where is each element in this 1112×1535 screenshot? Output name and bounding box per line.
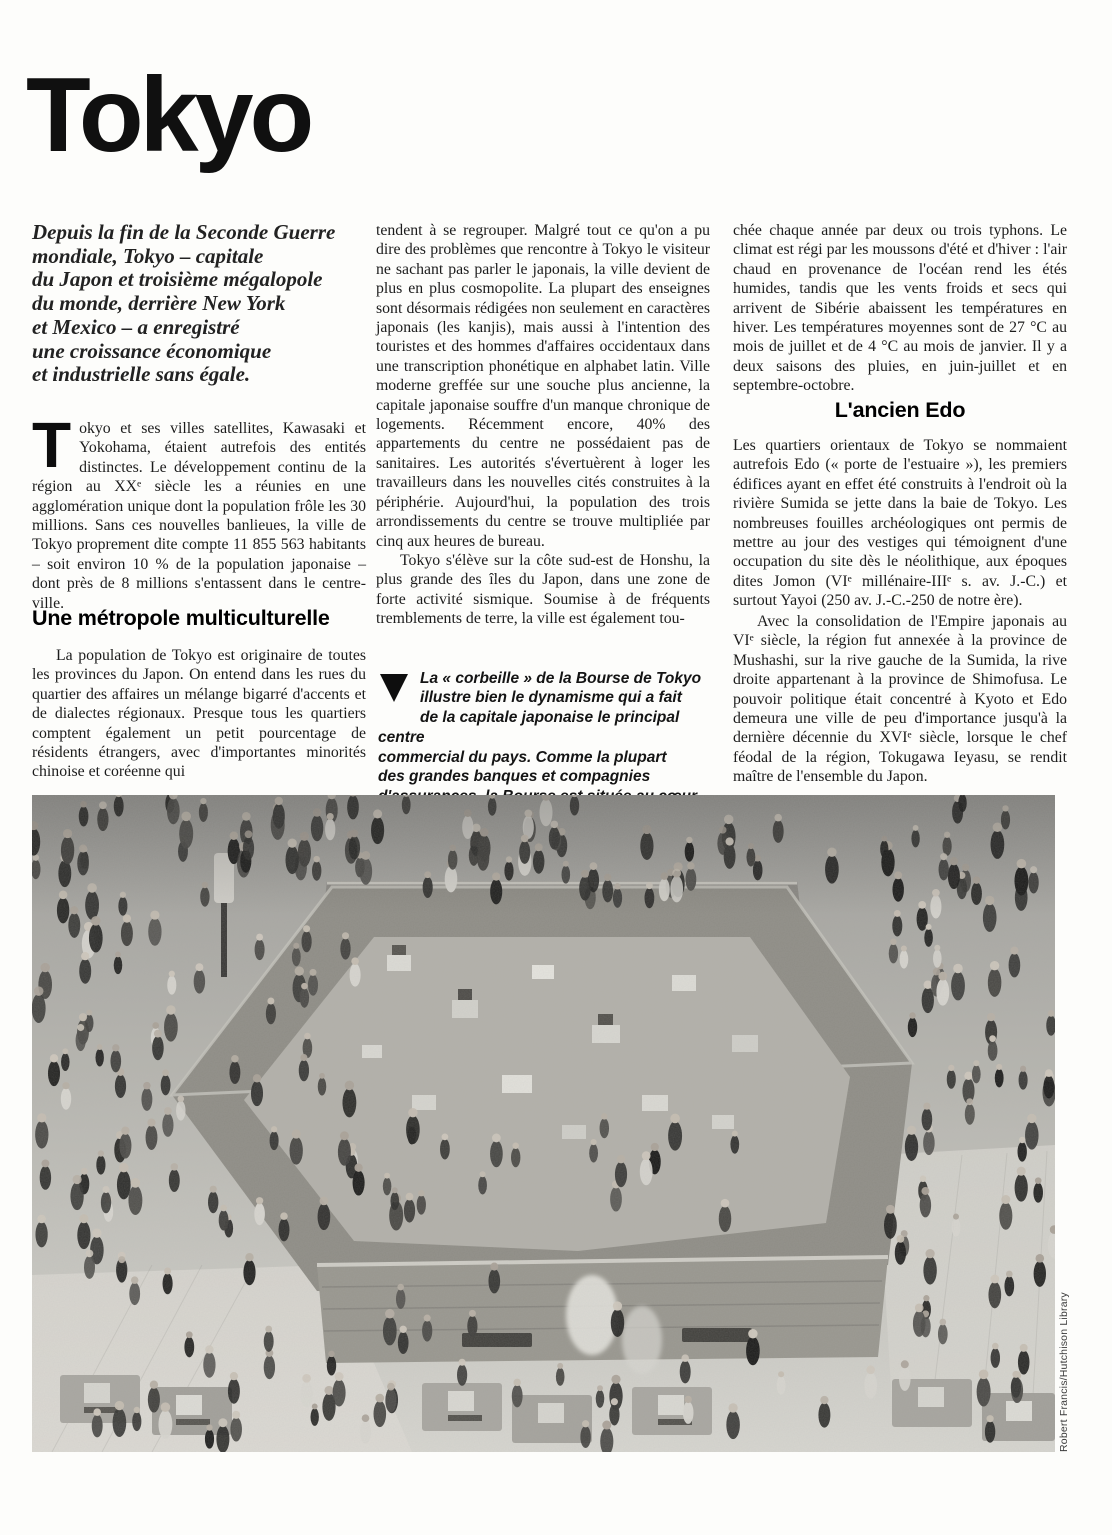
paragraph-text: okyo et ses villes satellites, Kawasaki …: [32, 420, 366, 612]
section-heading-ancien-edo: L'ancien Edo: [733, 398, 1067, 423]
section-heading-multiculturelle: Une métropole multiculturelle: [32, 606, 366, 631]
photo-illustration: [32, 795, 1055, 1452]
photo-stock-exchange: [32, 795, 1055, 1452]
column2-body: tendent à se regrouper. Malgré tout ce q…: [376, 221, 710, 629]
column3-paragraph-3: Avec la consolidation de l'Empire japona…: [733, 612, 1067, 787]
magazine-page: Tokyo Depuis la fin de la Seconde Guerre…: [0, 0, 1112, 1535]
column3-paragraph-1: chée chaque année par deux ou trois typh…: [733, 221, 1067, 396]
column2-paragraph-1: tendent à se regrouper. Malgré tout ce q…: [376, 221, 710, 551]
photo-credit: Robert Francis/Hutchison Library: [1058, 795, 1074, 1452]
column3-paragraph-2: Les quartiers orientaux de Tokyo se nomm…: [733, 436, 1067, 611]
caption-triangle-icon: [380, 674, 408, 702]
column1-paragraph-2: La population de Tokyo est originaire de…: [32, 646, 366, 782]
column1-paragraph-1: Tokyo et ses villes satellites, Kawasaki…: [32, 419, 366, 613]
intro-paragraph: Depuis la fin de la Seconde Guerre mondi…: [32, 221, 368, 387]
page-title: Tokyo: [26, 62, 310, 168]
column2-paragraph-2: Tokyo s'élève sur la côte sud-est de Hon…: [376, 551, 710, 629]
dropcap-letter: T: [32, 419, 79, 469]
